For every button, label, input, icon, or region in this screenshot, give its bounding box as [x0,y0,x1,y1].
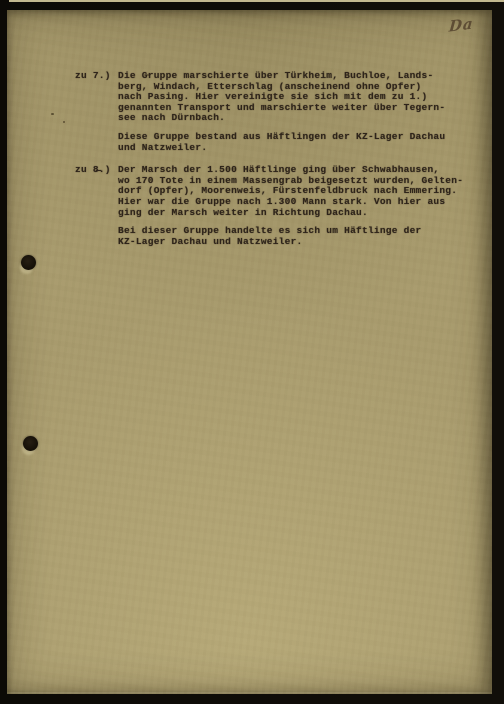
punch-hole [21,255,36,270]
scan-edge-highlight [9,0,504,2]
paragraph: Diese Gruppe bestand aus Häftlingen der … [118,132,445,153]
item-body: Der Marsch der 1.500 Häftlinge ging über… [118,165,463,255]
list-item-zu-8: zu 8̶.) Der Marsch der 1.500 Häftlinge g… [75,165,463,255]
paper-speck [51,113,54,115]
document-body: zu 7.) Die Gruppe marschierte über Türkh… [75,71,463,259]
scanned-document: Da zu 7.) Die Gruppe marschierte über Tü… [0,0,504,704]
paper-speck [147,74,149,76]
punch-hole [23,436,38,451]
item-body: Die Gruppe marschierte über Türkheim, Bu… [118,71,445,161]
paper-speck [63,121,65,123]
document-page: Da zu 7.) Die Gruppe marschierte über Tü… [7,10,492,694]
paragraph: Der Marsch der 1.500 Häftlinge ging über… [118,165,463,218]
list-item-zu-7: zu 7.) Die Gruppe marschierte über Türkh… [75,71,463,161]
handwritten-annotation: Da [449,14,475,35]
item-label: zu 7.) [75,71,118,82]
paragraph: Bei dieser Gruppe handelte es sich um Hä… [118,226,463,247]
paragraph: Die Gruppe marschierte über Türkheim, Bu… [118,71,445,124]
item-label: zu 8̶.) [75,165,118,176]
